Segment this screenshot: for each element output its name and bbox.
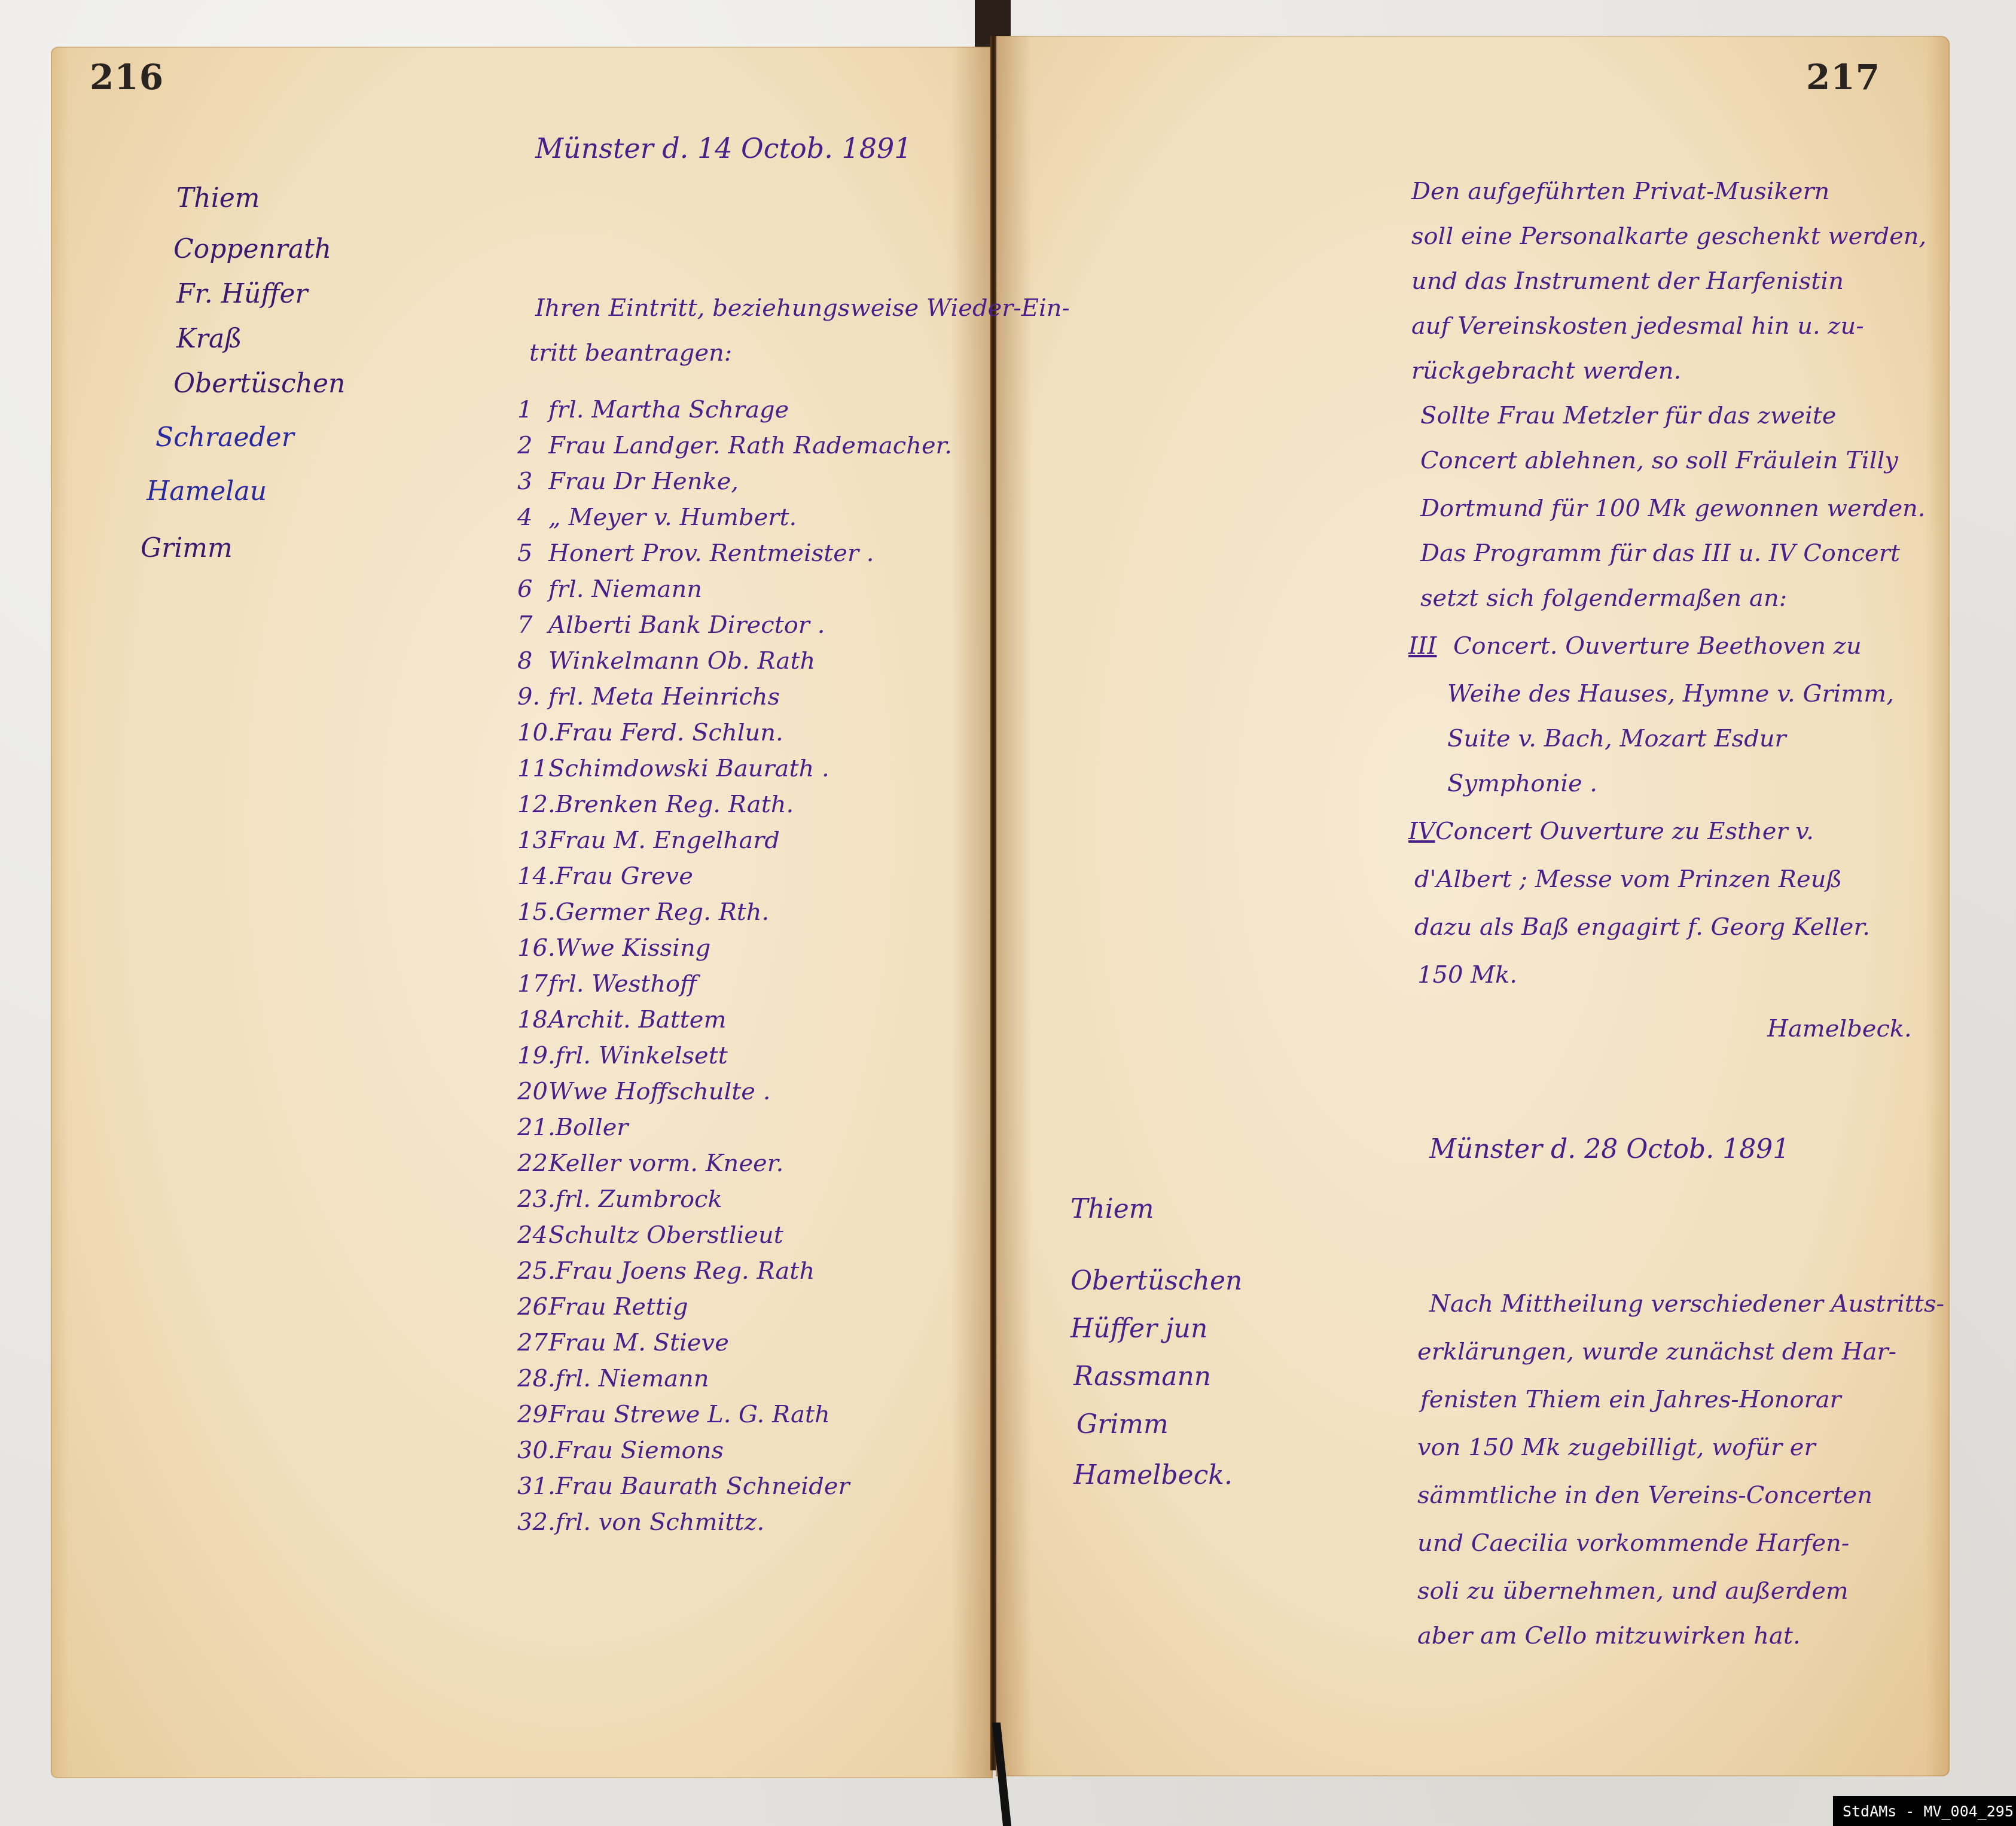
item-number: 7 (517, 613, 548, 637)
item-name: Frau Dr Henke, (548, 468, 739, 495)
list-item: 28.frl. Niemann (517, 1367, 709, 1391)
item-number: 5 (517, 541, 548, 565)
attendee: Rassmann (1073, 1364, 1211, 1390)
item-number: 11 (517, 757, 548, 781)
paragraph-line: soll eine Personalkarte geschenkt werden… (1411, 224, 1926, 248)
item-number: 25. (517, 1259, 556, 1283)
paragraph-line: sämmtliche in den Vereins-Concerten (1417, 1483, 1872, 1507)
paragraph-line: aber am Cello mitzuwirken hat. (1417, 1624, 1801, 1648)
list-item: 22Keller vorm. Kneer. (517, 1151, 783, 1175)
paragraph-line: soli zu übernehmen, und außerdem (1417, 1579, 1849, 1603)
attendee: Thiem (176, 185, 260, 212)
item-number: 15. (517, 900, 556, 924)
list-item: 6frl. Niemann (517, 577, 702, 601)
list-item: 5Honert Prov. Rentmeister . (517, 541, 874, 565)
item-name: Wwe Kissing (556, 934, 711, 962)
attendee: Fr. Hüffer (176, 281, 308, 307)
item-name: frl. Winkelsett (556, 1042, 728, 1069)
page-number-right: 217 (1806, 57, 1880, 97)
item-number: 20 (517, 1080, 548, 1103)
list-item: 8Winkelmann Ob. Rath (517, 649, 815, 673)
archive-label: StdAMs - MV_004_295 (1833, 1796, 2016, 1826)
intro-line: tritt beantragen: (529, 341, 732, 365)
attendee: Hamelbeck. (1073, 1462, 1233, 1489)
item-name: Frau Landger. Rath Rademacher. (548, 432, 952, 459)
list-item: 32.frl. von Schmittz. (517, 1510, 764, 1534)
item-number: 27 (517, 1331, 548, 1355)
item-number: 22 (517, 1151, 548, 1175)
attendee: Grimm (1076, 1412, 1169, 1438)
paragraph-line: Das Programm für das III u. IV Concert (1420, 541, 1900, 565)
item-number: 21. (517, 1115, 556, 1139)
entry-date-2: Münster d. 28 Octob. 1891 (1429, 1136, 1789, 1163)
item-name: Schultz Oberstlieut (548, 1221, 783, 1249)
attendee: Grimm (141, 535, 233, 562)
item-number: 32. (517, 1510, 556, 1534)
attendee: Thiem (1070, 1196, 1154, 1223)
right-page (996, 36, 1950, 1776)
item-number: 14. (517, 864, 556, 888)
paragraph-line: rückgebracht werden. (1411, 359, 1681, 383)
intro-line: Ihren Eintritt, beziehungsweise Wieder-E… (535, 296, 1070, 320)
concert-line: Concert Ouverture zu Esther v. (1435, 819, 1814, 843)
paragraph-line: Dortmund für 100 Mk gewonnen werden. (1420, 496, 1926, 520)
item-number: 13 (517, 828, 548, 852)
item-name: Frau Baurath Schneider (556, 1473, 850, 1500)
paragraph-line: Den aufgeführten Privat-Musikern (1411, 179, 1829, 203)
item-name: frl. Zumbrock (556, 1185, 722, 1213)
list-item: 9.frl. Meta Heinrichs (517, 685, 780, 709)
list-item: 14.Frau Greve (517, 864, 693, 888)
item-name: Keller vorm. Kneer. (548, 1150, 783, 1177)
item-name: Alberti Bank Director . (548, 611, 825, 639)
item-name: Frau M. Stieve (548, 1329, 729, 1356)
item-name: Frau Greve (556, 862, 693, 890)
item-number: 4 (517, 505, 548, 529)
list-item: 31.Frau Baurath Schneider (517, 1474, 850, 1498)
item-name: Schimdowski Baurath . (548, 755, 829, 782)
item-number: 10. (517, 721, 556, 745)
concert-line: d'Albert ; Messe vom Prinzen Reuß (1414, 867, 1842, 891)
paragraph-line: von 150 Mk zugebilligt, wofür er (1417, 1435, 1816, 1459)
list-item: 3Frau Dr Henke, (517, 470, 739, 493)
item-name: frl. Niemann (548, 575, 702, 603)
item-name: Frau M. Engelhard (548, 827, 780, 854)
list-item: 24Schultz Oberstlieut (517, 1223, 783, 1247)
list-item: 19.frl. Winkelsett (517, 1044, 728, 1068)
paragraph-line: und das Instrument der Harfenistin (1411, 269, 1844, 293)
list-item: 11Schimdowski Baurath . (517, 757, 829, 781)
item-number: 3 (517, 470, 548, 493)
concert-label: III (1408, 634, 1436, 658)
item-number: 24 (517, 1223, 548, 1247)
attendee: Schraeder (155, 425, 294, 451)
paragraph-line: erklärungen, wurde zunächst dem Har- (1417, 1340, 1896, 1364)
paragraph-line: und Caecilia vorkommende Harfen- (1417, 1531, 1849, 1555)
entry-date: Münster d. 14 Octob. 1891 (535, 135, 912, 162)
item-number: 9. (517, 685, 548, 709)
attendee: Coppenrath (173, 236, 331, 263)
item-number: 12. (517, 792, 556, 816)
paragraph-line: fenisten Thiem ein Jahres-Honorar (1420, 1388, 1841, 1412)
list-item: 1frl. Martha Schrage (517, 398, 789, 422)
attendee: Obertüschen (173, 371, 345, 397)
list-item: 15.Germer Reg. Rth. (517, 900, 769, 924)
list-item: 12.Brenken Reg. Rath. (517, 792, 794, 816)
item-number: 8 (517, 649, 548, 673)
list-item: 18Archit. Battem (517, 1008, 726, 1032)
item-name: frl. von Schmittz. (556, 1508, 765, 1536)
list-item: 20Wwe Hoffschulte . (517, 1080, 770, 1103)
item-name: Winkelmann Ob. Rath (548, 647, 815, 675)
concert-line: Suite v. Bach, Mozart Esdur (1447, 727, 1786, 751)
item-name: Boller (556, 1114, 629, 1141)
concert-line: Symphonie . (1447, 772, 1597, 795)
item-number: 18 (517, 1008, 548, 1032)
list-item: 29Frau Strewe L. G. Rath (517, 1403, 830, 1426)
list-item: 26Frau Rettig (517, 1295, 688, 1319)
paragraph-line: setzt sich folgendermaßen an: (1420, 586, 1787, 610)
signature: Hamelbeck. (1767, 1017, 1912, 1041)
item-name: Wwe Hoffschulte . (548, 1078, 770, 1105)
list-item: 10.Frau Ferd. Schlun. (517, 721, 783, 745)
item-name: frl. Niemann (556, 1365, 709, 1392)
list-item: 17frl. Westhoff (517, 972, 697, 996)
item-name: Brenken Reg. Rath. (556, 791, 794, 818)
concert-label: IV (1408, 819, 1435, 843)
item-name: frl. Martha Schrage (548, 396, 789, 423)
paragraph-line: Concert ablehnen, so soll Fräulein Tilly (1420, 449, 1898, 472)
concert-line: Concert. Ouverture Beethoven zu (1453, 634, 1862, 658)
list-item: 2Frau Landger. Rath Rademacher. (517, 434, 952, 458)
concert-line: Weihe des Hauses, Hymne v. Grimm, (1447, 682, 1894, 706)
item-number: 17 (517, 972, 548, 996)
concert-line: dazu als Baß engagirt f. Georg Keller. (1414, 915, 1870, 939)
item-number: 26 (517, 1295, 548, 1319)
item-number: 31. (517, 1474, 556, 1498)
item-number: 1 (517, 398, 548, 422)
attendee: Kraß (176, 326, 242, 352)
paragraph-line: Sollte Frau Metzler für das zweite (1420, 404, 1836, 428)
item-name: Frau Joens Reg. Rath (556, 1257, 815, 1285)
list-item: 25.Frau Joens Reg. Rath (517, 1259, 815, 1283)
item-name: „ Meyer v. Humbert. (548, 504, 797, 531)
attendee: Hüffer jun (1070, 1316, 1207, 1342)
list-item: 27Frau M. Stieve (517, 1331, 729, 1355)
page-number-left: 216 (90, 57, 164, 97)
paragraph-line: Nach Mittheilung verschiedener Austritts… (1429, 1292, 1944, 1316)
item-number: 19. (517, 1044, 556, 1068)
item-name: Frau Ferd. Schlun. (556, 719, 783, 746)
item-number: 16. (517, 936, 556, 960)
item-number: 6 (517, 577, 548, 601)
item-name: Honert Prov. Rentmeister . (548, 539, 874, 567)
item-name: Frau Strewe L. G. Rath (548, 1401, 830, 1428)
list-item: 30.Frau Siemons (517, 1438, 724, 1462)
item-number: 23. (517, 1187, 556, 1211)
item-number: 29 (517, 1403, 548, 1426)
item-number: 2 (517, 434, 548, 458)
item-name: frl. Westhoff (548, 970, 697, 998)
list-item: 21.Boller (517, 1115, 628, 1139)
item-name: Frau Siemons (556, 1437, 724, 1464)
attendee: Obertüschen (1070, 1268, 1242, 1294)
item-number: 30. (517, 1438, 556, 1462)
list-item: 7Alberti Bank Director . (517, 613, 825, 637)
item-name: Frau Rettig (548, 1293, 688, 1321)
item-number: 28. (517, 1367, 556, 1391)
item-name: frl. Meta Heinrichs (548, 683, 780, 711)
item-name: Archit. Battem (548, 1006, 726, 1034)
concert-line: 150 Mk. (1417, 963, 1517, 987)
attendee: Hamelau (147, 478, 267, 505)
list-item: 23.frl. Zumbrock (517, 1187, 722, 1211)
list-item: 16.Wwe Kissing (517, 936, 710, 960)
list-item: 13Frau M. Engelhard (517, 828, 780, 852)
paragraph-line: auf Vereinskosten jedesmal hin u. zu- (1411, 314, 1864, 338)
list-item: 4„ Meyer v. Humbert. (517, 505, 797, 529)
item-name: Germer Reg. Rth. (556, 898, 770, 926)
